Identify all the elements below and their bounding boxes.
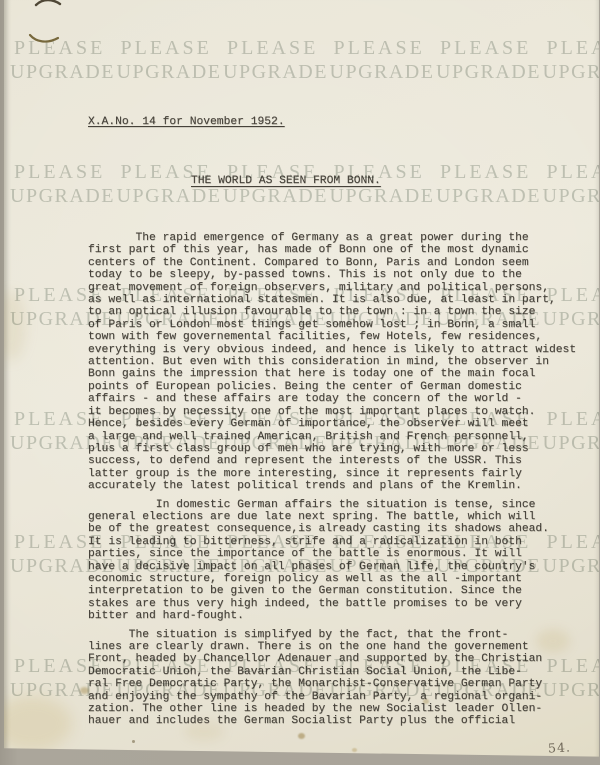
document-page: X.A.No. 14 for November 1952. THE WORLD … bbox=[4, 0, 599, 762]
document-title: THE WORLD AS SEEN FROM BONN. bbox=[191, 175, 381, 187]
paragraph: The situation is simplifyed by the fact,… bbox=[88, 629, 593, 728]
scan-background: X.A.No. 14 for November 1952. THE WORLD … bbox=[0, 0, 600, 765]
paragraph: The rapid emergence of Germany as a grea… bbox=[88, 232, 593, 493]
document-reference: X.A.No. 14 for November 1952. bbox=[88, 116, 285, 128]
document-body: The rapid emergence of Germany as a grea… bbox=[88, 232, 593, 728]
document-content: X.A.No. 14 for November 1952. THE WORLD … bbox=[4, 0, 599, 762]
paragraph: In domestic German affairs the situation… bbox=[88, 499, 593, 623]
page-number: 54. bbox=[548, 739, 572, 755]
